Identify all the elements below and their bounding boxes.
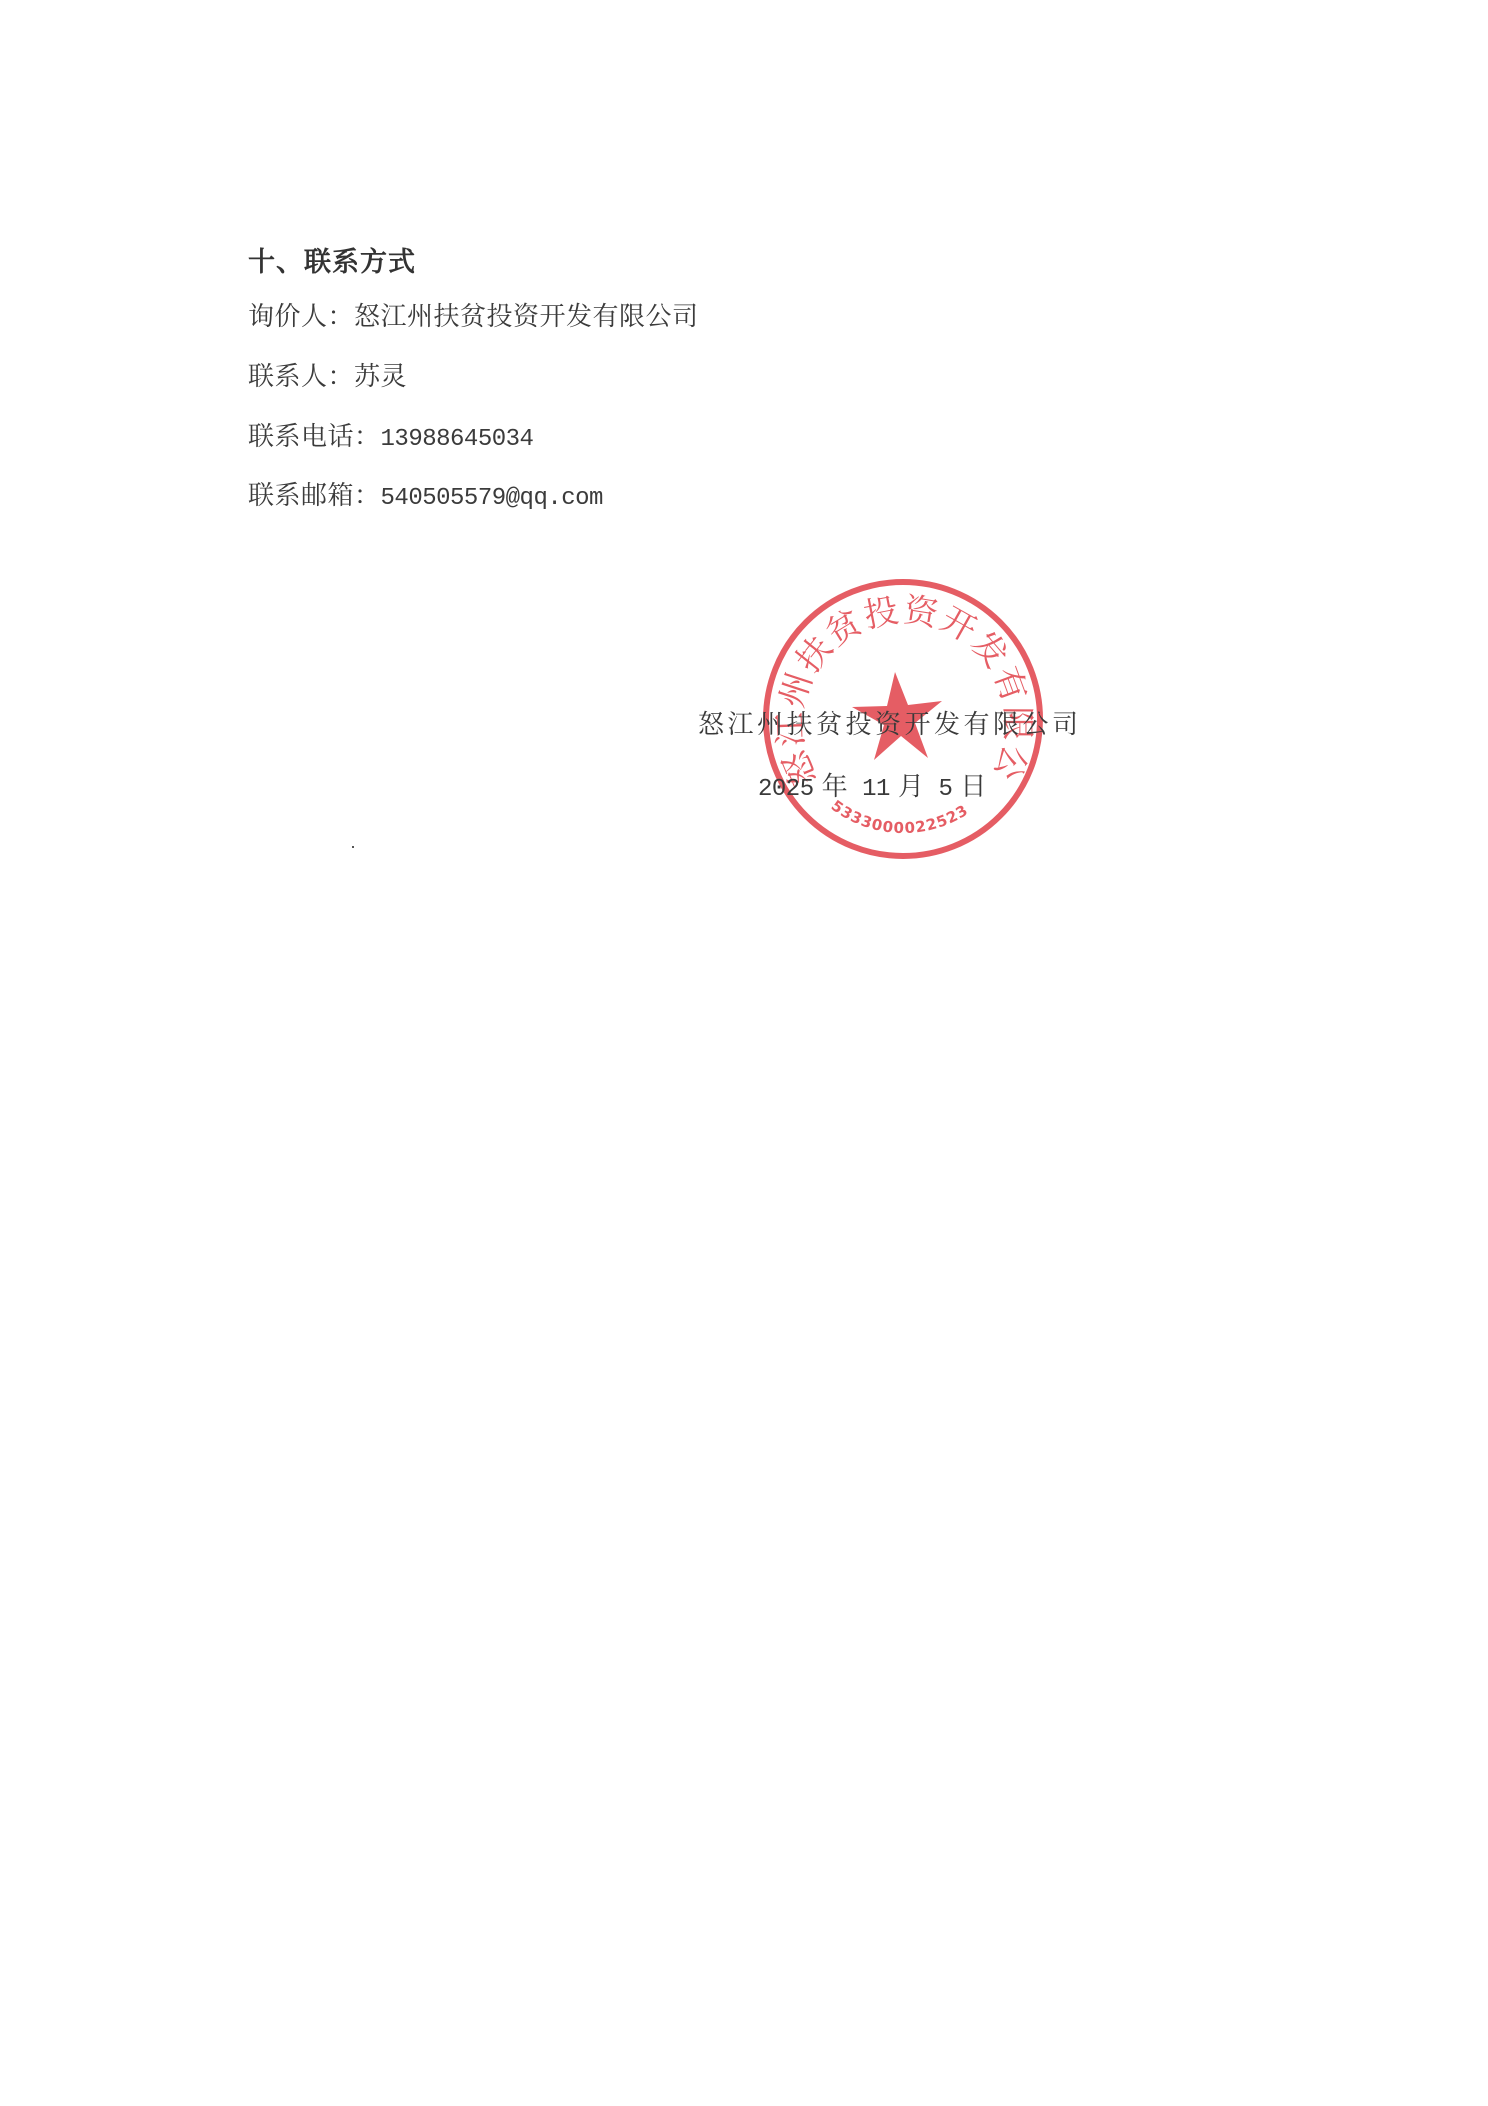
date-day-unit: 日 <box>960 772 986 801</box>
section-heading: 十、联系方式 <box>248 247 416 277</box>
contact-person-label: 联系人： <box>248 362 354 391</box>
contact-person-value: 苏灵 <box>354 362 407 391</box>
date-year: 2025 <box>758 776 814 803</box>
email-label: 联系邮箱： <box>248 481 381 510</box>
email-value: 540505579@qq.com <box>381 485 603 512</box>
date-day: 5 <box>938 776 952 803</box>
date-year-unit: 年 <box>822 772 848 801</box>
inquirer-line: 询价人：怒江州扶贫投资开发有限公司 <box>248 302 699 332</box>
signature-date: 2025年 11月 5日 <box>758 772 994 805</box>
signature-company: 怒江州扶贫投资开发有限公司 <box>698 710 1082 740</box>
scan-speck <box>352 846 354 848</box>
phone-value: 13988645034 <box>381 426 534 453</box>
phone-label: 联系电话： <box>248 422 381 451</box>
inquirer-value: 怒江州扶贫投资开发有限公司 <box>354 302 699 331</box>
document-page: 十、联系方式 询价人：怒江州扶贫投资开发有限公司 联系人：苏灵 联系电话：139… <box>0 0 1488 2106</box>
date-month-unit: 月 <box>898 772 924 801</box>
email-line: 联系邮箱：540505579@qq.com <box>248 481 603 514</box>
date-month: 11 <box>862 776 890 803</box>
phone-line: 联系电话：13988645034 <box>248 422 533 455</box>
inquirer-label: 询价人： <box>248 302 354 331</box>
contact-person-line: 联系人：苏灵 <box>248 362 407 392</box>
